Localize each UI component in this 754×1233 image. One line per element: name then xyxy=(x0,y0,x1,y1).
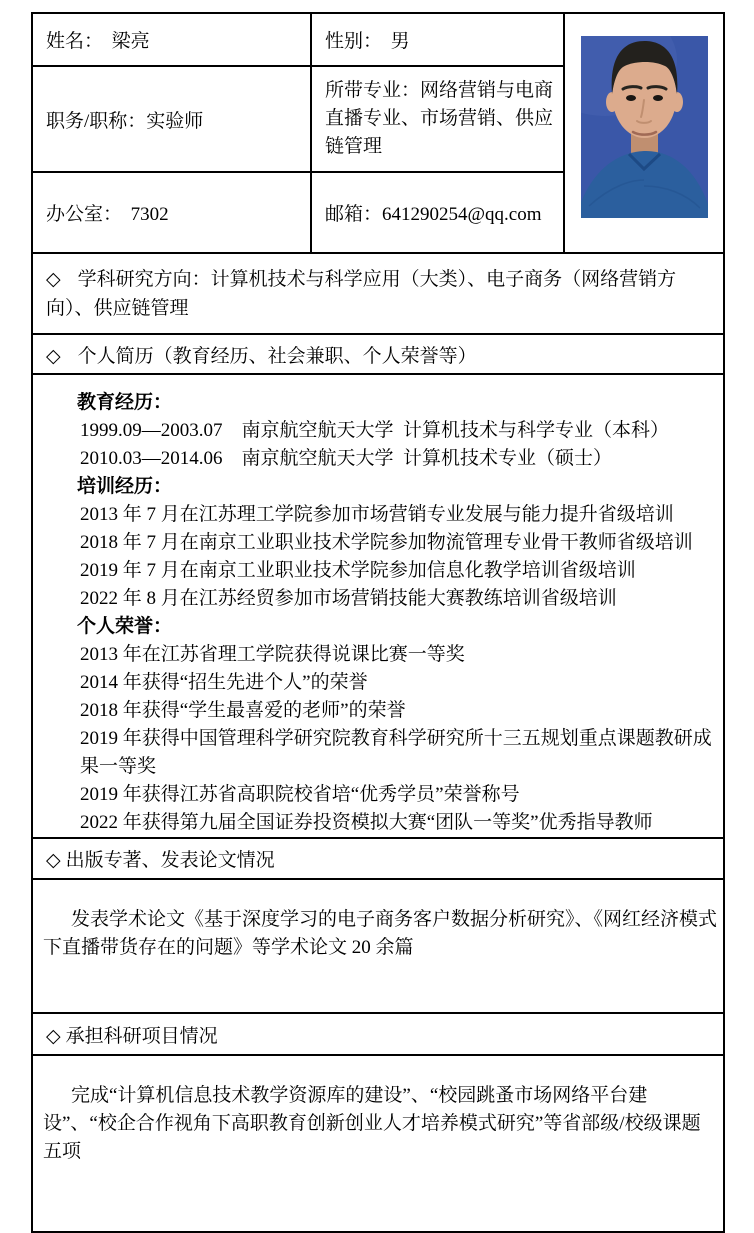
training-item: 2013 年 7 月在江苏理工学院参加市场营销专业发展与能力提升省级培训 xyxy=(77,501,718,529)
row-resume-content: 教育经历： 1999.09—2003.07 南京航空航天大学 计算机技术与科学专… xyxy=(32,374,724,838)
title-label: 职务/职称： xyxy=(46,111,146,132)
publications-content-cell: 发表学术论文《基于深度学习的电子商务客户数据分析研究》、《网红经济模式下直播带货… xyxy=(32,879,724,1013)
resume-header-title: 个人简历（教育经历、社会兼职、个人荣誉等） xyxy=(78,346,477,367)
office-label: 办公室： xyxy=(46,204,122,225)
education-item: 1999.09—2003.07 南京航空航天大学 计算机技术与科学专业（本科） xyxy=(77,417,718,445)
research-direction-title: 学科研究方向：计算机技术与科学应用（大类）、电子商务（网络营销方向）、供应链管理 xyxy=(46,269,676,319)
title-cell: 职务/职称：实验师 xyxy=(32,66,311,172)
projects-content-cell: 完成“计算机信息技术教学资源库的建设”、“校园跳蚤市场网络平台建设”、“校企合作… xyxy=(32,1055,724,1232)
photo-cell xyxy=(564,13,724,253)
majors-label: 所带专业： xyxy=(325,80,420,101)
education-header: 教育经历： xyxy=(77,389,718,417)
projects-header-cell: ◇承担科研项目情况 xyxy=(32,1013,724,1055)
profile-table: 姓名：梁亮 性别：男 xyxy=(31,12,725,1233)
honors-header: 个人荣誉： xyxy=(77,613,718,641)
resume-content-cell: 教育经历： 1999.09—2003.07 南京航空航天大学 计算机技术与科学专… xyxy=(32,374,724,838)
resume-header-cell: ◇个人简历（教育经历、社会兼职、个人荣誉等） xyxy=(32,334,724,374)
projects-header-title: 承担科研项目情况 xyxy=(66,1026,218,1047)
honors-item: 2013 年在江苏省理工学院获得说课比赛一等奖 xyxy=(77,641,718,669)
diamond-icon: ◇ xyxy=(46,850,61,871)
row-projects-header: ◇承担科研项目情况 xyxy=(32,1013,724,1055)
gender-cell: 性别：男 xyxy=(311,13,564,66)
row-publications-content: 发表学术论文《基于深度学习的电子商务客户数据分析研究》、《网红经济模式下直播带货… xyxy=(32,879,724,1013)
row-projects-content: 完成“计算机信息技术教学资源库的建设”、“校园跳蚤市场网络平台建设”、“校企合作… xyxy=(32,1055,724,1232)
education-item: 2010.03—2014.06 南京航空航天大学 计算机技术专业（硕士） xyxy=(77,445,718,473)
training-item: 2019 年 7 月在南京工业职业技术学院参加信息化教学培训省级培训 xyxy=(77,557,718,585)
projects-paragraph: 完成“计算机信息技术教学资源库的建设”、“校园跳蚤市场网络平台建设”、“校企合作… xyxy=(43,1082,718,1166)
office-cell: 办公室：7302 xyxy=(32,172,311,253)
training-item: 2022 年 8 月在江苏经贸参加市场营销技能大赛教练培训省级培训 xyxy=(77,585,718,613)
gender-label: 性别： xyxy=(325,31,382,52)
row-resume-header: ◇个人简历（教育经历、社会兼职、个人荣誉等） xyxy=(32,334,724,374)
gender-value: 男 xyxy=(391,31,410,52)
honors-item: 2014 年获得“招生先进个人”的荣誉 xyxy=(77,669,718,697)
honors-item: 2019 年获得江苏省高职院校省培“优秀学员”荣誉称号 xyxy=(77,781,718,809)
training-item: 2018 年 7 月在南京工业职业技术学院参加物流管理专业骨干教师省级培训 xyxy=(77,529,718,557)
office-value: 7302 xyxy=(131,204,169,225)
diamond-icon: ◇ xyxy=(46,346,61,367)
email-label: 邮箱： xyxy=(325,204,382,225)
publications-header-cell: ◇出版专著、发表论文情况 xyxy=(32,838,724,879)
honors-item: 2022 年获得第九届全国证券投资模拟大赛“团队一等奖”优秀指导教师 xyxy=(77,809,718,837)
honors-item: 2018 年获得“学生最喜爱的老师”的荣誉 xyxy=(77,697,718,725)
research-direction-cell: ◇学科研究方向：计算机技术与科学应用（大类）、电子商务（网络营销方向）、供应链管… xyxy=(32,253,724,334)
profile-photo-icon xyxy=(581,36,708,218)
email-cell: 邮箱：641290254@qq.com xyxy=(311,172,564,253)
diamond-icon: ◇ xyxy=(46,269,61,290)
honors-item: 2019 年获得中国管理科学研究院教育科学研究所十三五规划重点课题教研成果一等奖 xyxy=(77,725,718,781)
diamond-icon: ◇ xyxy=(46,1026,61,1047)
publications-paragraph: 发表学术论文《基于深度学习的电子商务客户数据分析研究》、《网红经济模式下直播带货… xyxy=(43,906,718,962)
row-research-direction: ◇学科研究方向：计算机技术与科学应用（大类）、电子商务（网络营销方向）、供应链管… xyxy=(32,253,724,334)
publications-header-title: 出版专著、发表论文情况 xyxy=(66,850,275,871)
name-value: 梁亮 xyxy=(112,31,150,52)
email-value: 641290254@qq.com xyxy=(382,204,541,225)
row-publications-header: ◇出版专著、发表论文情况 xyxy=(32,838,724,879)
row-basic-1: 姓名：梁亮 性别：男 xyxy=(32,13,724,66)
name-cell: 姓名：梁亮 xyxy=(32,13,311,66)
majors-cell: 所带专业：网络营销与电商直播专业、市场营销、供应链管理 xyxy=(311,66,564,172)
faculty-profile-page: 姓名：梁亮 性别：男 xyxy=(0,0,754,1113)
title-value: 实验师 xyxy=(146,111,203,132)
training-header: 培训经历： xyxy=(77,473,718,501)
name-label: 姓名： xyxy=(46,31,103,52)
